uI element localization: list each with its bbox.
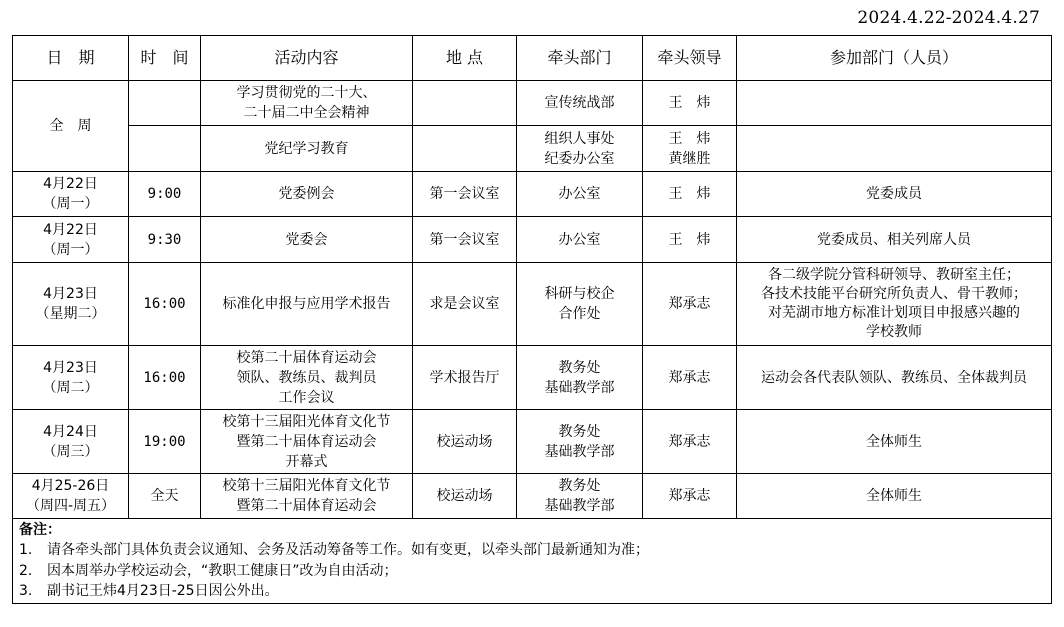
notes-cell: 备注： 1.请各牵头部门具体负责会议通知、会务及活动筹备等工作。如有变更，以牵头… xyxy=(13,519,1052,604)
date-cell: 4月24日 （周三） xyxy=(13,410,129,474)
lead-leader-cell: 王 炜 黄继胜 xyxy=(643,126,737,172)
date-cell: 4月22日 （周一） xyxy=(13,217,129,263)
activity-cell: 党纪学习教育 xyxy=(201,126,413,172)
table-row: 4月25-26日 （周四-周五） 全天 校第十三届阳光体育文化节 暨第二十届体育… xyxy=(13,474,1052,519)
date-cell: 4月22日 （周一） xyxy=(13,172,129,217)
time-cell: 9:30 xyxy=(129,217,201,263)
note-item: 2.因本周举办学校运动会，“教职工健康日”改为自由活动； xyxy=(19,561,1045,582)
note-item: 1.请各牵头部门具体负责会议通知、会务及活动筹备等工作。如有变更，以牵头部门最新… xyxy=(19,540,1045,561)
header-date: 日 期 xyxy=(13,36,129,81)
activity-cell: 校第二十届体育运动会 领队、教练员、裁判员 工作会议 xyxy=(201,346,413,410)
week-label-cell: 全 周 xyxy=(13,81,129,172)
location-cell: 第一会议室 xyxy=(413,172,517,217)
table-header-row: 日 期 时 间 活动内容 地 点 牵头部门 牵头领导 参加部门（人员） xyxy=(13,36,1052,81)
participants-cell: 各二级学院分管科研领导、教研室主任； 各技术技能平台研究所负责人、骨干教师； 对… xyxy=(737,263,1052,346)
table-row: 4月22日 （周一） 9:00 党委例会 第一会议室 办公室 王 炜 党委成员 xyxy=(13,172,1052,217)
participants-cell xyxy=(737,126,1052,172)
activity-cell: 学习贯彻党的二十大、 二十届二中全会精神 xyxy=(201,81,413,126)
location-cell xyxy=(413,126,517,172)
note-text: 请各牵头部门具体负责会议通知、会务及活动筹备等工作。如有变更，以牵头部门最新通知… xyxy=(47,542,649,558)
table-row: 4月24日 （周三） 19:00 校第十三届阳光体育文化节 暨第二十届体育运动会… xyxy=(13,410,1052,474)
header-time: 时 间 xyxy=(129,36,201,81)
header-activity: 活动内容 xyxy=(201,36,413,81)
participants-cell: 全体师生 xyxy=(737,410,1052,474)
lead-dept-cell: 教务处 基础教学部 xyxy=(517,410,643,474)
notes-row: 备注： 1.请各牵头部门具体负责会议通知、会务及活动筹备等工作。如有变更，以牵头… xyxy=(13,519,1052,604)
lead-dept-cell: 组织人事处 纪委办公室 xyxy=(517,126,643,172)
activity-cell: 标准化申报与应用学术报告 xyxy=(201,263,413,346)
header-lead-leader: 牵头领导 xyxy=(643,36,737,81)
location-cell: 校运动场 xyxy=(413,474,517,519)
time-cell: 9:00 xyxy=(129,172,201,217)
header-participants: 参加部门（人员） xyxy=(737,36,1052,81)
note-number: 2. xyxy=(19,561,47,582)
lead-dept-cell: 教务处 基础教学部 xyxy=(517,346,643,410)
activity-cell: 党委例会 xyxy=(201,172,413,217)
activity-cell: 校第十三届阳光体育文化节 暨第二十届体育运动会 开幕式 xyxy=(201,410,413,474)
time-cell xyxy=(129,81,201,126)
header-location: 地 点 xyxy=(413,36,517,81)
lead-leader-cell: 郑承志 xyxy=(643,346,737,410)
note-text: 因本周举办学校运动会，“教职工健康日”改为自由活动； xyxy=(47,563,398,579)
location-cell: 学术报告厅 xyxy=(413,346,517,410)
notes-title: 备注： xyxy=(19,520,1045,540)
lead-leader-cell: 郑承志 xyxy=(643,474,737,519)
weekly-schedule-table: 日 期 时 间 活动内容 地 点 牵头部门 牵头领导 参加部门（人员） 全 周 … xyxy=(12,35,1052,604)
participants-cell: 运动会各代表队领队、教练员、全体裁判员 xyxy=(737,346,1052,410)
participants-cell xyxy=(737,81,1052,126)
date-cell: 4月23日 （星期二） xyxy=(13,263,129,346)
location-cell: 第一会议室 xyxy=(413,217,517,263)
participants-cell: 全体师生 xyxy=(737,474,1052,519)
time-cell: 16:00 xyxy=(129,346,201,410)
lead-dept-cell: 办公室 xyxy=(517,217,643,263)
table-row: 4月23日 （星期二） 16:00 标准化申报与应用学术报告 求是会议室 科研与… xyxy=(13,263,1052,346)
participants-cell: 党委成员、相关列席人员 xyxy=(737,217,1052,263)
table-row: 4月22日 （周一） 9:30 党委会 第一会议室 办公室 王 炜 党委成员、相… xyxy=(13,217,1052,263)
date-cell: 4月23日 （周二） xyxy=(13,346,129,410)
table-row: 全 周 学习贯彻党的二十大、 二十届二中全会精神 宣传统战部 王 炜 xyxy=(13,81,1052,126)
lead-leader-cell: 王 炜 xyxy=(643,217,737,263)
lead-leader-cell: 郑承志 xyxy=(643,263,737,346)
lead-leader-cell: 王 炜 xyxy=(643,81,737,126)
header-lead-dept: 牵头部门 xyxy=(517,36,643,81)
date-cell: 4月25-26日 （周四-周五） xyxy=(13,474,129,519)
time-cell: 16:00 xyxy=(129,263,201,346)
activity-cell: 党委会 xyxy=(201,217,413,263)
lead-dept-cell: 宣传统战部 xyxy=(517,81,643,126)
lead-dept-cell: 办公室 xyxy=(517,172,643,217)
time-cell: 19:00 xyxy=(129,410,201,474)
table-row: 4月23日 （周二） 16:00 校第二十届体育运动会 领队、教练员、裁判员 工… xyxy=(13,346,1052,410)
note-item: 3.副书记王炜4月23日-25日因公外出。 xyxy=(19,581,1045,602)
table-row: 党纪学习教育 组织人事处 纪委办公室 王 炜 黄继胜 xyxy=(13,126,1052,172)
location-cell xyxy=(413,81,517,126)
lead-dept-cell: 科研与校企 合作处 xyxy=(517,263,643,346)
lead-leader-cell: 王 炜 xyxy=(643,172,737,217)
time-cell: 全天 xyxy=(129,474,201,519)
lead-dept-cell: 教务处 基础教学部 xyxy=(517,474,643,519)
location-cell: 校运动场 xyxy=(413,410,517,474)
date-range-heading: 2024.4.22-2024.4.27 xyxy=(780,8,1040,28)
lead-leader-cell: 郑承志 xyxy=(643,410,737,474)
activity-cell: 校第十三届阳光体育文化节 暨第二十届体育运动会 xyxy=(201,474,413,519)
time-cell xyxy=(129,126,201,172)
note-number: 3. xyxy=(19,581,47,602)
location-cell: 求是会议室 xyxy=(413,263,517,346)
note-text: 副书记王炜4月23日-25日因公外出。 xyxy=(47,583,279,599)
note-number: 1. xyxy=(19,540,47,561)
participants-cell: 党委成员 xyxy=(737,172,1052,217)
